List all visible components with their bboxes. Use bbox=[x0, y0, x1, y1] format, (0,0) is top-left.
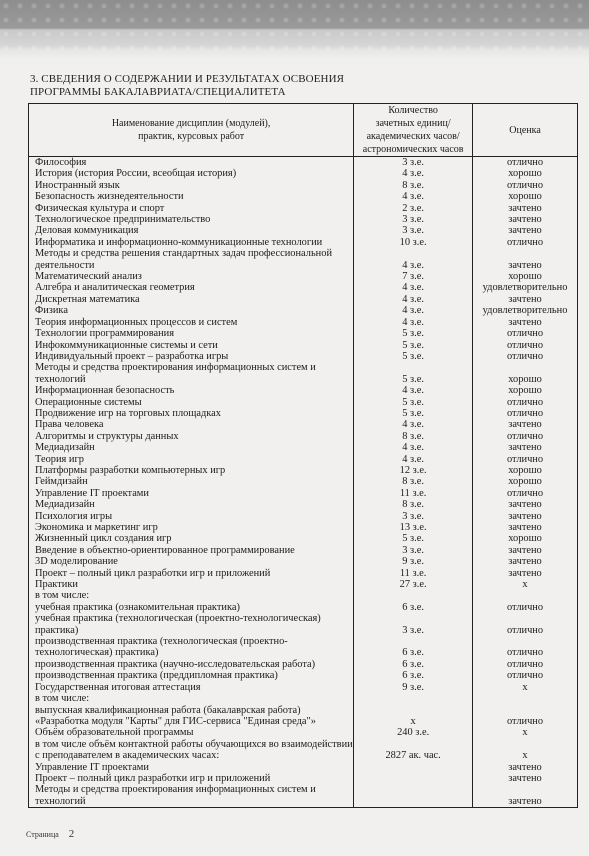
table-row: Методы и средства решения стандартных за… bbox=[29, 248, 578, 271]
header-credits: Количество зачетных единиц/ академически… bbox=[354, 104, 473, 157]
credit-units: 5 з.е. bbox=[354, 397, 473, 408]
discipline-name: Психология игры bbox=[29, 511, 354, 522]
credit-units: 4 з.е. bbox=[354, 294, 473, 305]
table-row: Информатика и информационно-коммуникацио… bbox=[29, 237, 578, 248]
credit-units: 9 з.е. bbox=[354, 556, 473, 567]
table-row: Математический анализ7 з.е.хорошо bbox=[29, 271, 578, 282]
discipline-name: Технологическое предпринимательство bbox=[29, 214, 354, 225]
table-row: производственная практика (преддипломная… bbox=[29, 670, 578, 681]
grade-value: отлично bbox=[473, 705, 578, 728]
credit-units: 4 з.е. bbox=[354, 282, 473, 293]
grade-value: отлично bbox=[473, 328, 578, 339]
grade-value: зачтено bbox=[473, 248, 578, 271]
grade-value: зачтено bbox=[473, 522, 578, 533]
credit-units: 5 з.е. bbox=[354, 328, 473, 339]
table-row: учебная практика (ознакомительная практи… bbox=[29, 602, 578, 613]
credit-units: 4 з.е. bbox=[354, 317, 473, 328]
table-row: Философия3 з.е.отлично bbox=[29, 157, 578, 169]
table-row: Теория игр4 з.е.отлично bbox=[29, 454, 578, 465]
discipline-name: Физика bbox=[29, 305, 354, 316]
credit-units: 6 з.е. bbox=[354, 636, 473, 659]
grade-value: хорошо bbox=[473, 465, 578, 476]
credit-units: 3 з.е. bbox=[354, 214, 473, 225]
discipline-name: Проект – полный цикл разработки игр и пр… bbox=[29, 773, 354, 784]
grade-value: зачтено bbox=[473, 762, 578, 773]
discipline-name: Теория информационных процессов и систем bbox=[29, 317, 354, 328]
discipline-name: Управление IT проектами bbox=[29, 762, 354, 773]
grade-value: х bbox=[473, 727, 578, 738]
credit-units: 12 з.е. bbox=[354, 465, 473, 476]
discipline-name: Геймдизайн bbox=[29, 476, 354, 487]
header-grade: Оценка bbox=[473, 104, 578, 157]
table-row: производственная практика (научно-исслед… bbox=[29, 659, 578, 670]
credit-units bbox=[354, 693, 473, 704]
table-row: в том числе: bbox=[29, 693, 578, 704]
credit-units: 5 з.е. bbox=[354, 351, 473, 362]
table-row: Технологии программирования5 з.е.отлично bbox=[29, 328, 578, 339]
grade-value: отлично bbox=[473, 157, 578, 169]
grade-value: хорошо bbox=[473, 476, 578, 487]
page-label: Страница bbox=[26, 830, 59, 839]
credit-units: 4 з.е. bbox=[354, 385, 473, 396]
discipline-name: Платформы разработки компьютерных игр bbox=[29, 465, 354, 476]
discipline-name: Иностранный язык bbox=[29, 180, 354, 191]
grade-value: зачтено bbox=[473, 773, 578, 784]
table-row: Алгебра и аналитическая геометрия4 з.е.у… bbox=[29, 282, 578, 293]
grade-value: хорошо bbox=[473, 168, 578, 179]
discipline-name: Алгоритмы и структуры данных bbox=[29, 431, 354, 442]
discipline-name: Теория игр bbox=[29, 454, 354, 465]
grade-value: отлично bbox=[473, 488, 578, 499]
discipline-name: Технологии программирования bbox=[29, 328, 354, 339]
grade-value: зачтено bbox=[473, 317, 578, 328]
table-row: Теория информационных процессов и систем… bbox=[29, 317, 578, 328]
credit-units: 4 з.е. bbox=[354, 168, 473, 179]
discipline-name: Методы и средства решения стандартных за… bbox=[29, 248, 354, 271]
credit-units bbox=[354, 784, 473, 807]
table-row: Проект – полный цикл разработки игр и пр… bbox=[29, 773, 578, 784]
discipline-name: в том числе объём контактной работы обуч… bbox=[29, 739, 354, 762]
table-row: Информационная безопасность4 з.е.хорошо bbox=[29, 385, 578, 396]
credit-units: 2 з.е. bbox=[354, 203, 473, 214]
discipline-name: в том числе: bbox=[29, 590, 354, 601]
grade-value: зачтено bbox=[473, 784, 578, 807]
credit-units bbox=[354, 773, 473, 784]
credit-units: 13 з.е. bbox=[354, 522, 473, 533]
credit-units bbox=[354, 762, 473, 773]
table-row: Безопасность жизнедеятельности4 з.е.хоро… bbox=[29, 191, 578, 202]
grade-value: зачтено bbox=[473, 499, 578, 510]
grade-value: хорошо bbox=[473, 271, 578, 282]
credit-units: 9 з.е. bbox=[354, 682, 473, 693]
grade-value: удовлетворительно bbox=[473, 282, 578, 293]
table-row: Дискретная математика4 з.е.зачтено bbox=[29, 294, 578, 305]
discipline-name: производственная практика (преддипломная… bbox=[29, 670, 354, 681]
discipline-name: в том числе: bbox=[29, 693, 354, 704]
credit-units: 3 з.е. bbox=[354, 157, 473, 169]
credit-units: 6 з.е. bbox=[354, 659, 473, 670]
table-row: Операционные системы5 з.е.отлично bbox=[29, 397, 578, 408]
discipline-name: Медиадизайн bbox=[29, 442, 354, 453]
grade-value: зачтено bbox=[473, 545, 578, 556]
table-row: Индивидуальный проект – разработка игры5… bbox=[29, 351, 578, 362]
discipline-name: Алгебра и аналитическая геометрия bbox=[29, 282, 354, 293]
table-row: Физика4 з.е.удовлетворительно bbox=[29, 305, 578, 316]
grade-value: зачтено bbox=[473, 442, 578, 453]
credit-units: 8 з.е. bbox=[354, 476, 473, 487]
discipline-name: Философия bbox=[29, 157, 354, 169]
credit-units: 3 з.е. bbox=[354, 545, 473, 556]
grade-value: отлично bbox=[473, 613, 578, 636]
credit-units: 4 з.е. bbox=[354, 191, 473, 202]
discipline-name: выпускная квалификационная работа (бакал… bbox=[29, 705, 354, 728]
table-row: Проект – полный цикл разработки игр и пр… bbox=[29, 568, 578, 579]
table-row: Геймдизайн8 з.е.хорошо bbox=[29, 476, 578, 487]
grade-value: х bbox=[473, 682, 578, 693]
page-footer: Страница 2 bbox=[26, 828, 74, 840]
discipline-name: Введение в объектно-ориентированное прог… bbox=[29, 545, 354, 556]
grade-value: зачтено bbox=[473, 225, 578, 236]
discipline-name: Права человека bbox=[29, 419, 354, 430]
table-row: в том числе объём контактной работы обуч… bbox=[29, 739, 578, 762]
table-row: Продвижение игр на торговых площадках5 з… bbox=[29, 408, 578, 419]
grade-value: отлично bbox=[473, 636, 578, 659]
credit-units: х bbox=[354, 705, 473, 728]
table-row: Методы и средства проектирования информа… bbox=[29, 362, 578, 385]
table-row: в том числе: bbox=[29, 590, 578, 601]
discipline-name: Дискретная математика bbox=[29, 294, 354, 305]
credit-units: 4 з.е. bbox=[354, 248, 473, 271]
discipline-name: Практики bbox=[29, 579, 354, 590]
credit-units: 7 з.е. bbox=[354, 271, 473, 282]
page-number: 2 bbox=[69, 828, 75, 840]
grade-value: отлично bbox=[473, 351, 578, 362]
credit-units: 3 з.е. bbox=[354, 511, 473, 522]
table-row: Жизненный цикл создания игр5 з.е.хорошо bbox=[29, 533, 578, 544]
table-row: Методы и средства проектирования информа… bbox=[29, 784, 578, 807]
table-row: Алгоритмы и структуры данных8 з.е.отличн… bbox=[29, 431, 578, 442]
grade-value: отлично bbox=[473, 340, 578, 351]
table-row: Практики27 з.е.х bbox=[29, 579, 578, 590]
table-body: Философия3 з.е.отличноИстория (история Р… bbox=[29, 157, 578, 808]
credit-units: 3 з.е. bbox=[354, 613, 473, 636]
discipline-name: Государственная итоговая аттестация bbox=[29, 682, 354, 693]
table-row: Платформы разработки компьютерных игр12 … bbox=[29, 465, 578, 476]
table-row: Права человека4 з.е.зачтено bbox=[29, 419, 578, 430]
credit-units bbox=[354, 590, 473, 601]
discipline-name: Операционные системы bbox=[29, 397, 354, 408]
credit-units: 10 з.е. bbox=[354, 237, 473, 248]
credit-units: 4 з.е. bbox=[354, 305, 473, 316]
grade-value: отлично bbox=[473, 237, 578, 248]
table-row: Иностранный язык8 з.е.отлично bbox=[29, 180, 578, 191]
discipline-name: Математический анализ bbox=[29, 271, 354, 282]
section-title-line2: ПРОГРАММЫ БАКАЛАВРИАТА/СПЕЦИАЛИТЕТА bbox=[30, 86, 344, 99]
credit-units: 6 з.е. bbox=[354, 670, 473, 681]
table-row: Медиадизайн8 з.е.зачтено bbox=[29, 499, 578, 510]
grade-value: зачтено bbox=[473, 203, 578, 214]
grade-value bbox=[473, 590, 578, 601]
scan-edge-strip bbox=[0, 0, 589, 60]
credit-units: 240 з.е. bbox=[354, 727, 473, 738]
table-row: производственная практика (технологическ… bbox=[29, 636, 578, 659]
grade-value: хорошо bbox=[473, 191, 578, 202]
credit-units: 11 з.е. bbox=[354, 488, 473, 499]
discipline-name: производственная практика (технологическ… bbox=[29, 636, 354, 659]
credit-units: 8 з.е. bbox=[354, 431, 473, 442]
discipline-name: Деловая коммуникация bbox=[29, 225, 354, 236]
section-title-line1: 3. СВЕДЕНИЯ О СОДЕРЖАНИИ И РЕЗУЛЬТАТАХ О… bbox=[30, 73, 344, 86]
table-row: Экономика и маркетинг игр13 з.е.зачтено bbox=[29, 522, 578, 533]
grade-value: отлично bbox=[473, 659, 578, 670]
grade-value: зачтено bbox=[473, 214, 578, 225]
table-row: Управление IT проектами11 з.е.отлично bbox=[29, 488, 578, 499]
credit-units: 5 з.е. bbox=[354, 362, 473, 385]
credit-units: 8 з.е. bbox=[354, 180, 473, 191]
discipline-name: Медиадизайн bbox=[29, 499, 354, 510]
grade-value: отлично bbox=[473, 431, 578, 442]
table-row: История (история России, всеобщая истори… bbox=[29, 168, 578, 179]
header-discipline: Наименование дисциплин (модулей), практи… bbox=[29, 104, 354, 157]
credit-units: 5 з.е. bbox=[354, 533, 473, 544]
discipline-name: Методы и средства проектирования информа… bbox=[29, 784, 354, 807]
table-row: Медиадизайн4 з.е.зачтено bbox=[29, 442, 578, 453]
table-row: Инфокоммуникационные системы и сети5 з.е… bbox=[29, 340, 578, 351]
discipline-name: 3D моделирование bbox=[29, 556, 354, 567]
discipline-name: Инфокоммуникационные системы и сети bbox=[29, 340, 354, 351]
credit-units: 2827 ак. час. bbox=[354, 739, 473, 762]
grade-value: зачтено bbox=[473, 568, 578, 579]
grade-value: хорошо bbox=[473, 533, 578, 544]
grade-value: хорошо bbox=[473, 362, 578, 385]
table-row: Деловая коммуникация3 з.е.зачтено bbox=[29, 225, 578, 236]
discipline-name: Индивидуальный проект – разработка игры bbox=[29, 351, 354, 362]
discipline-name: Безопасность жизнедеятельности bbox=[29, 191, 354, 202]
table-row: Управление IT проектамизачтено bbox=[29, 762, 578, 773]
table-row: выпускная квалификационная работа (бакал… bbox=[29, 705, 578, 728]
grade-value: зачтено bbox=[473, 419, 578, 430]
discipline-name: История (история России, всеобщая истори… bbox=[29, 168, 354, 179]
credit-units: 6 з.е. bbox=[354, 602, 473, 613]
grade-value: зачтено bbox=[473, 511, 578, 522]
discipline-name: Информационная безопасность bbox=[29, 385, 354, 396]
grade-value: отлично bbox=[473, 602, 578, 613]
table-row: Государственная итоговая аттестация9 з.е… bbox=[29, 682, 578, 693]
discipline-name: Объём образовательной программы bbox=[29, 727, 354, 738]
section-title: 3. СВЕДЕНИЯ О СОДЕРЖАНИИ И РЕЗУЛЬТАТАХ О… bbox=[30, 73, 344, 99]
grade-value: отлично bbox=[473, 180, 578, 191]
discipline-name: учебная практика (технологическая (проек… bbox=[29, 613, 354, 636]
grade-value: удовлетворительно bbox=[473, 305, 578, 316]
discipline-name: Методы и средства проектирования информа… bbox=[29, 362, 354, 385]
grade-value: отлично bbox=[473, 408, 578, 419]
grade-value: хорошо bbox=[473, 385, 578, 396]
credit-units: 8 з.е. bbox=[354, 499, 473, 510]
credit-units: 4 з.е. bbox=[354, 454, 473, 465]
credit-units: 27 з.е. bbox=[354, 579, 473, 590]
credit-units: 11 з.е. bbox=[354, 568, 473, 579]
credit-units: 5 з.е. bbox=[354, 408, 473, 419]
discipline-name: Продвижение игр на торговых площадках bbox=[29, 408, 354, 419]
grade-value: зачтено bbox=[473, 556, 578, 567]
grade-value: отлично bbox=[473, 454, 578, 465]
discipline-name: Физическая культура и спорт bbox=[29, 203, 354, 214]
credit-units: 4 з.е. bbox=[354, 442, 473, 453]
table-row: 3D моделирование9 з.е.зачтено bbox=[29, 556, 578, 567]
discipline-name: Проект – полный цикл разработки игр и пр… bbox=[29, 568, 354, 579]
grade-value: зачтено bbox=[473, 294, 578, 305]
grade-value bbox=[473, 693, 578, 704]
table-row: Психология игры3 з.е.зачтено bbox=[29, 511, 578, 522]
discipline-name: Информатика и информационно-коммуникацио… bbox=[29, 237, 354, 248]
table-row: учебная практика (технологическая (проек… bbox=[29, 613, 578, 636]
table-row: Введение в объектно-ориентированное прог… bbox=[29, 545, 578, 556]
credit-units: 4 з.е. bbox=[354, 419, 473, 430]
credit-units: 5 з.е. bbox=[354, 340, 473, 351]
table-row: Объём образовательной программы240 з.е.х bbox=[29, 727, 578, 738]
discipline-name: Управление IT проектами bbox=[29, 488, 354, 499]
discipline-name: Жизненный цикл создания игр bbox=[29, 533, 354, 544]
credit-units: 3 з.е. bbox=[354, 225, 473, 236]
grade-value: х bbox=[473, 739, 578, 762]
table-header-row: Наименование дисциплин (модулей), практи… bbox=[29, 104, 578, 157]
table-row: Физическая культура и спорт2 з.е.зачтено bbox=[29, 203, 578, 214]
discipline-name: учебная практика (ознакомительная практи… bbox=[29, 602, 354, 613]
table-row: Технологическое предпринимательство3 з.е… bbox=[29, 214, 578, 225]
grade-value: отлично bbox=[473, 670, 578, 681]
grade-value: отлично bbox=[473, 397, 578, 408]
grades-table: Наименование дисциплин (модулей), практи… bbox=[28, 103, 578, 808]
discipline-name: производственная практика (научно-исслед… bbox=[29, 659, 354, 670]
grade-value: х bbox=[473, 579, 578, 590]
discipline-name: Экономика и маркетинг игр bbox=[29, 522, 354, 533]
